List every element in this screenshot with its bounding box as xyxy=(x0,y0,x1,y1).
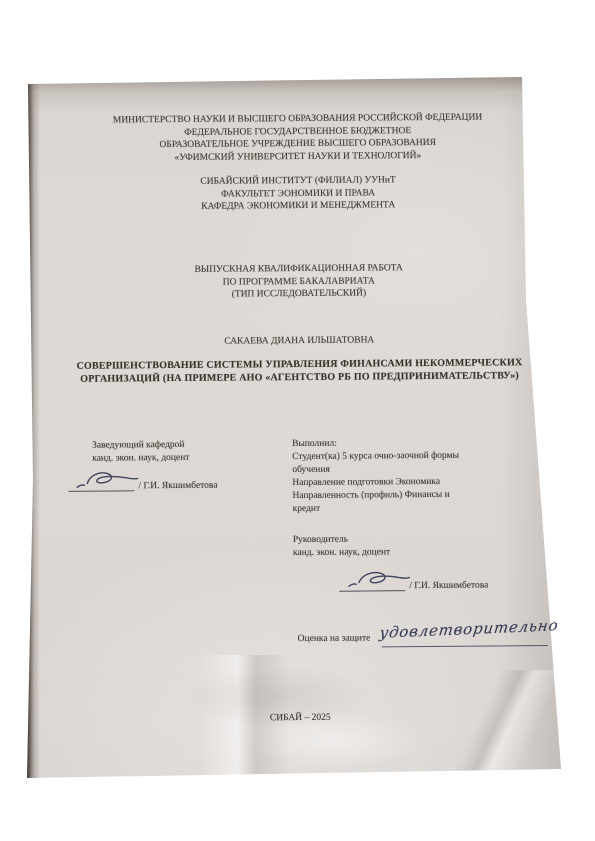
department-line: КАФЕДРА ЭКОНОМИКИ И МЕНЕДЖМЕНТА xyxy=(48,198,548,214)
grade-label: Оценка на защите xyxy=(298,633,371,644)
student-info-line: кредит xyxy=(293,501,538,516)
thesis-title: СОВЕРШЕНСТВОВАНИЕ СИСТЕМЫ УПРАВЛЕНИЯ ФИН… xyxy=(47,356,551,386)
institute-header: СИБАЙСКИЙ ИНСТИТУТ (ФИЛИАЛ) УУНиТ ФАКУЛЬ… xyxy=(48,173,548,214)
title-page-content: МИНИСТЕРСТВО НАУКИ И ВЫСШЕГО ОБРАЗОВАНИЯ… xyxy=(0,0,595,841)
head-of-department-signature-name: / Г.И. Якшимбетова xyxy=(138,481,217,492)
grade-line xyxy=(382,645,548,647)
grade-handwritten-value: удовлетворительно xyxy=(378,615,580,642)
supervisor-signature-name: / Г.И. Якшимбетова xyxy=(409,581,488,592)
author-name: САКАЕВА ДИАНА ИЛЬШАТОВНА xyxy=(49,333,549,349)
ministry-line: «УФИМСКИЙ УНИВЕРСИТЕТ НАУКИ И ТЕХНОЛОГИЙ… xyxy=(48,149,548,165)
work-type-block: ВЫПУСКНАЯ КВАЛИФИКАЦИОННАЯ РАБОТА ПО ПРО… xyxy=(49,261,549,302)
supervisor-block: Руководитель канд. экон. наук, доцент xyxy=(293,532,538,560)
work-type-line: (ТИП ИССЛЕДОВАТЕЛЬСКИЙ) xyxy=(49,286,549,302)
head-of-department-block: Заведующий кафедрой канд. экон. наук, до… xyxy=(92,438,292,466)
supervisor-degree: канд. экон. наук, доцент xyxy=(293,545,538,560)
supervisor-signature-row: / Г.И. Якшимбетова xyxy=(337,570,567,600)
grade-row: Оценка на защите удовлетворительно xyxy=(298,628,588,662)
head-of-department-degree: канд. экон. наук, доцент xyxy=(92,451,292,466)
performer-block: Выполнил: Студент(ка) 5 курса очно-заочн… xyxy=(292,436,538,516)
document-photo: МИНИСТЕРСТВО НАУКИ И ВЫСШЕГО ОБРАЗОВАНИЯ… xyxy=(0,0,595,841)
head-of-department-signature-row: / Г.И. Якшимбетова xyxy=(66,470,296,500)
ministry-header: МИНИСТЕРСТВО НАУКИ И ВЫСШЕГО ОБРАЗОВАНИЯ… xyxy=(48,111,548,165)
city-year-footer: СИБАЙ – 2025 xyxy=(235,711,365,725)
